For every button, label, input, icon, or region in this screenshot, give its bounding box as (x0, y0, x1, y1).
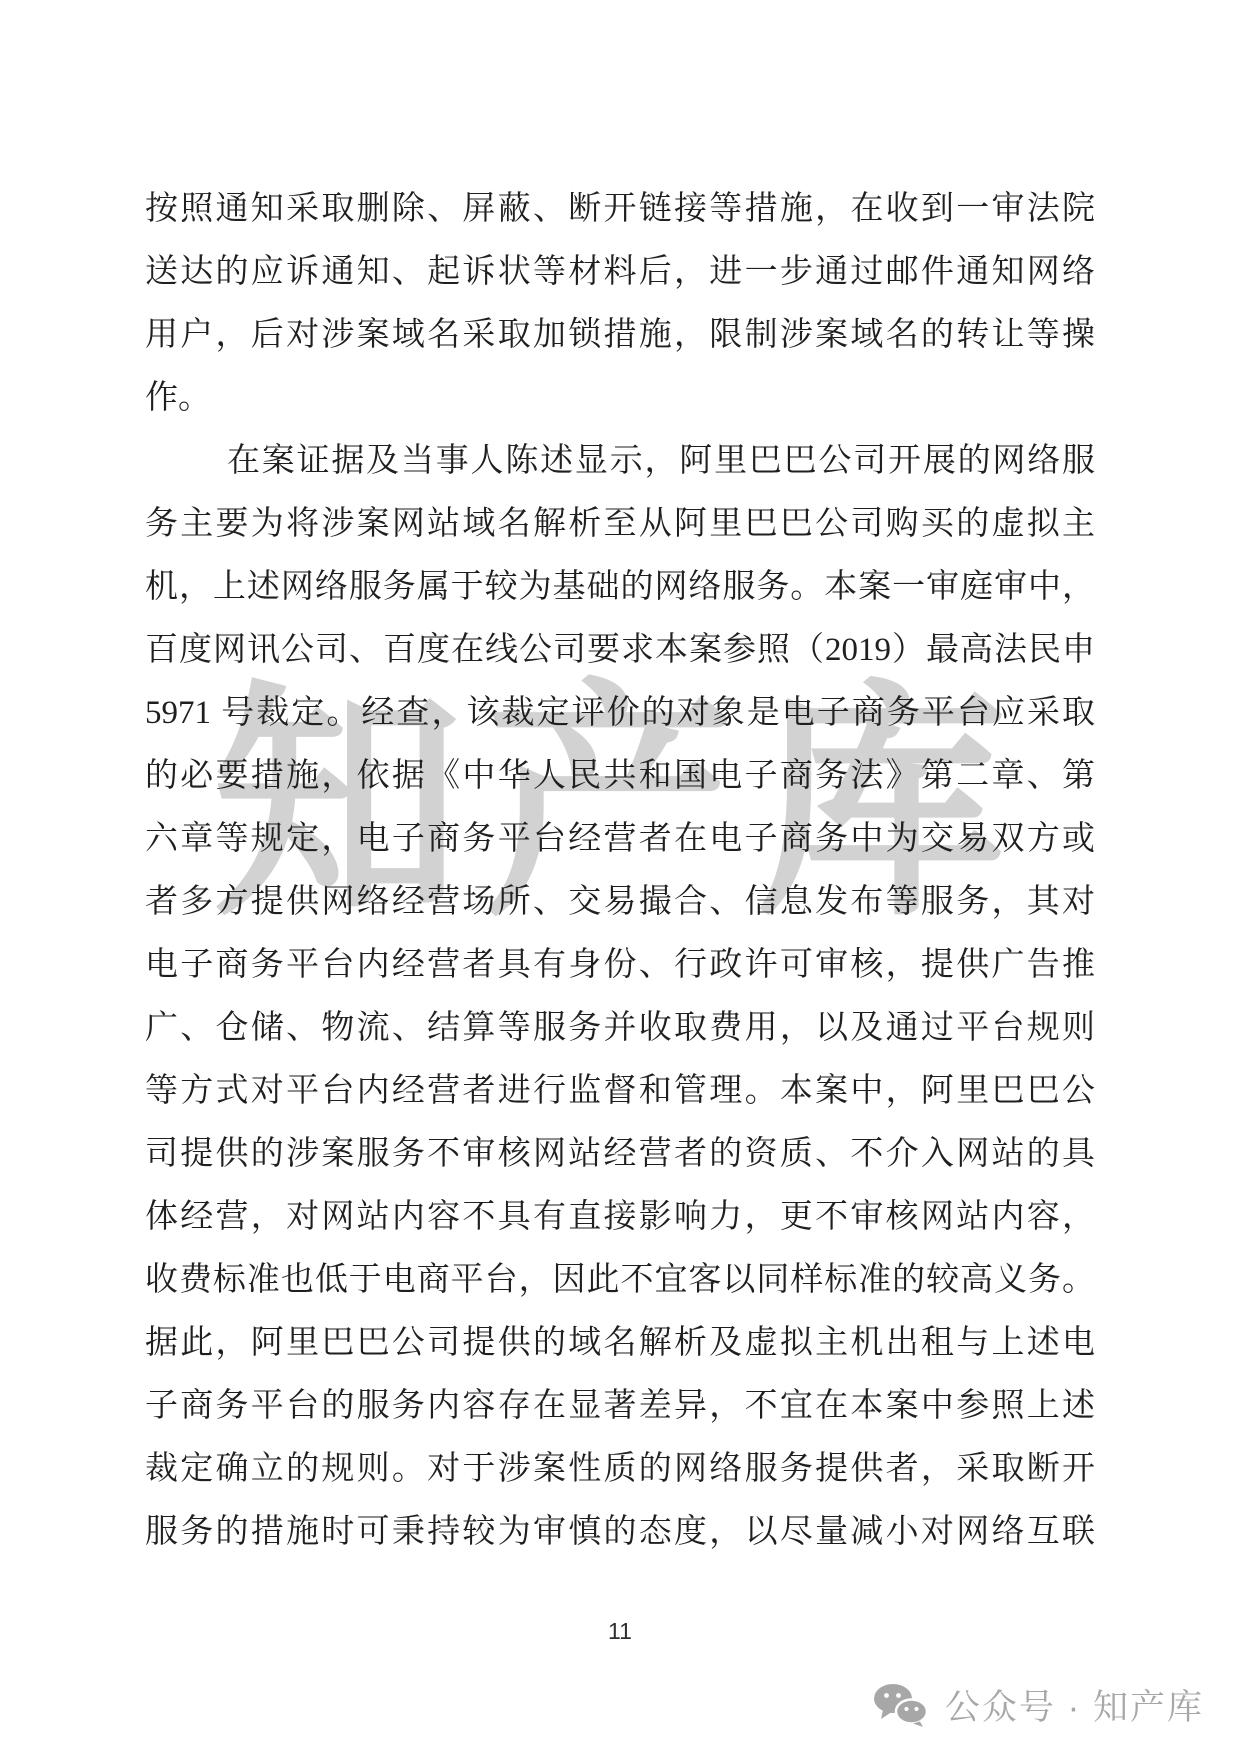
text-line: 在案证据及当事人陈述显示，阿里巴巴公司开展的网络服 (145, 430, 1095, 493)
text-line: 者多方提供网络经营场所、交易撮合、信息发布等服务，其对 (145, 871, 1095, 934)
text-line: 按照通知采取删除、屏蔽、断开链接等措施，在收到一审法院 (145, 178, 1095, 241)
text-line: 体经营，对网站内容不具有直接影响力，更不审核网站内容， (145, 1186, 1095, 1249)
page-number: 11 (0, 1618, 1240, 1645)
text-line: 5971 号裁定。经查，该裁定评价的对象是电子商务平台应采取 (145, 682, 1095, 745)
text-line: 据此，阿里巴巴公司提供的域名解析及虚拟主机出租与上述电 (145, 1312, 1095, 1375)
text-line: 服务的措施时可秉持较为审慎的态度，以尽量减小对网络互联 (145, 1501, 1095, 1564)
text-line: 送达的应诉通知、起诉状等材料后，进一步通过邮件通知网络 (145, 241, 1095, 304)
text-line: 务主要为将涉案网站域名解析至从阿里巴巴公司购买的虚拟主 (145, 493, 1095, 556)
text-line: 子商务平台的服务内容存在显著差异，不宜在本案中参照上述 (145, 1375, 1095, 1438)
wechat-icon (873, 1683, 929, 1727)
text-line: 收费标准也低于电商平台，因此不宜客以同样标准的较高义务。 (145, 1249, 1095, 1312)
text-line: 电子商务平台内经营者具有身份、行政许可审核，提供广告推 (145, 934, 1095, 997)
text-line: 作。 (145, 367, 1095, 430)
text-line: 等方式对平台内经营者进行监督和管理。本案中，阿里巴巴公 (145, 1060, 1095, 1123)
text-line: 机，上述网络服务属于较为基础的网络服务。本案一审庭审中， (145, 556, 1095, 619)
text-line: 用户，后对涉案域名采取加锁措施，限制涉案域名的转让等操 (145, 304, 1095, 367)
text-line: 广、仓储、物流、结算等服务并收取费用，以及通过平台规则 (145, 997, 1095, 1060)
text-line: 裁定确立的规则。对于涉案性质的网络服务提供者，采取断开 (145, 1438, 1095, 1501)
text-line: 六章等规定，电子商务平台经营者在电子商务中为交易双方或 (145, 808, 1095, 871)
footer: 公众号 · 知产库 (873, 1680, 1204, 1730)
text-line: 的必要措施，依据《中华人民共和国电子商务法》第二章、第 (145, 745, 1095, 808)
footer-text: 公众号 · 知产库 (945, 1680, 1204, 1730)
text-line: 百度网讯公司、百度在线公司要求本案参照（2019）最高法民申 (145, 619, 1095, 682)
document-page: 知产库 按照通知采取删除、屏蔽、断开链接等措施，在收到一审法院送达的应诉通知、起… (0, 0, 1240, 1753)
text-line: 司提供的涉案服务不审核网站经营者的资质、不介入网站的具 (145, 1123, 1095, 1186)
document-body: 按照通知采取删除、屏蔽、断开链接等措施，在收到一审法院送达的应诉通知、起诉状等材… (145, 178, 1095, 1564)
